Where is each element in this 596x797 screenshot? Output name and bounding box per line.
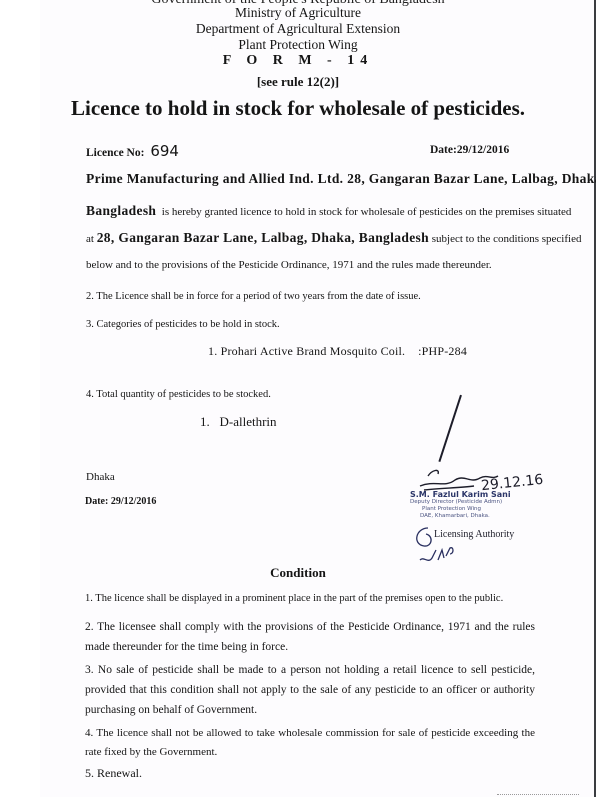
rule-reference: [see rule 12(2)] [0, 74, 596, 90]
category-name: 1. Prohari Active Brand Mosquito Coil. [208, 344, 405, 358]
department-name: Department of Agricultural Extension [0, 21, 596, 37]
licence-number: Licence No: 694 [86, 142, 179, 160]
condition-item: 1. The licence shall be displayed in a p… [85, 591, 535, 606]
condition-item: 3. No sale of pesticide shall be made to… [85, 660, 535, 720]
issue-date-label: Date: [85, 496, 108, 507]
condition-item: 5. Renewal. [85, 766, 535, 781]
grant-line-3: at 28, Gangaran Bazar Lane, Lalbag, Dhak… [86, 231, 532, 246]
stamp-address: DAE, Khamarbari, Dhaka. [420, 513, 550, 520]
categories-heading: 3. Categories of pesticides to be hold i… [86, 319, 280, 330]
category-item: 1. Prohari Active Brand Mosquito Coil. :… [208, 344, 467, 359]
validity-clause: 2. The Licence shall be in force for a p… [86, 291, 421, 302]
licence-date-label: Date: [430, 144, 457, 156]
stamp-designation: Deputy Director (Pesticide Admn) [410, 499, 550, 506]
stamp-name: S.M. Fazlul Karim Sani [410, 490, 550, 499]
licence-number-value: 694 [150, 142, 179, 160]
category-code: :PHP-284 [418, 344, 467, 358]
issue-date-value: 29/12/2016 [111, 496, 157, 507]
grant-line-2: Bangladesh is hereby granted licence to … [86, 204, 532, 219]
issue-place: Dhaka [86, 471, 115, 483]
at-word: at [86, 233, 94, 245]
dotted-line [497, 794, 579, 795]
wing-name: Plant Protection Wing [0, 37, 596, 53]
official-stamp: S.M. Fazlul Karim Sani Deputy Director (… [410, 490, 550, 520]
quantity-heading: 4. Total quantity of pesticides to be st… [86, 389, 271, 400]
condition-item: 2. The licensee shall comply with the pr… [85, 617, 535, 657]
subject-text: subject to the conditions specified [432, 233, 582, 245]
quantity-name: D-allethrin [220, 414, 277, 429]
quantity-number: 1. [200, 414, 210, 429]
licensee-country: Bangladesh [86, 203, 156, 218]
licensee-name: Prime Manufacturing and Allied Ind. Ltd.… [86, 172, 532, 186]
quantity-item: 1. D-allethrin [200, 414, 277, 430]
stamp-wing: Plant Protection Wing [422, 506, 550, 513]
grant-line-4: below and to the provisions of the Pesti… [86, 258, 532, 272]
licence-number-label: Licence No: [86, 147, 144, 159]
initials-icon [410, 520, 470, 570]
grant-text: is hereby granted licence to hold in sto… [162, 206, 572, 218]
ministry-name: Ministry of Agriculture [0, 5, 596, 21]
conditions-title: Condition [0, 565, 596, 581]
licence-date-value: 29/12/2016 [457, 144, 509, 156]
condition-item: 4. The licence shall not be allowed to t… [85, 724, 535, 762]
document-title: Licence to hold in stock for wholesale o… [0, 96, 596, 121]
issue-date: Date: 29/12/2016 [85, 496, 156, 507]
licence-date: Date:29/12/2016 [430, 144, 509, 156]
form-number: F O R M - 14 [0, 53, 596, 69]
premises-address: 28, Gangaran Bazar Lane, Lalbag, Dhaka, … [97, 230, 429, 245]
